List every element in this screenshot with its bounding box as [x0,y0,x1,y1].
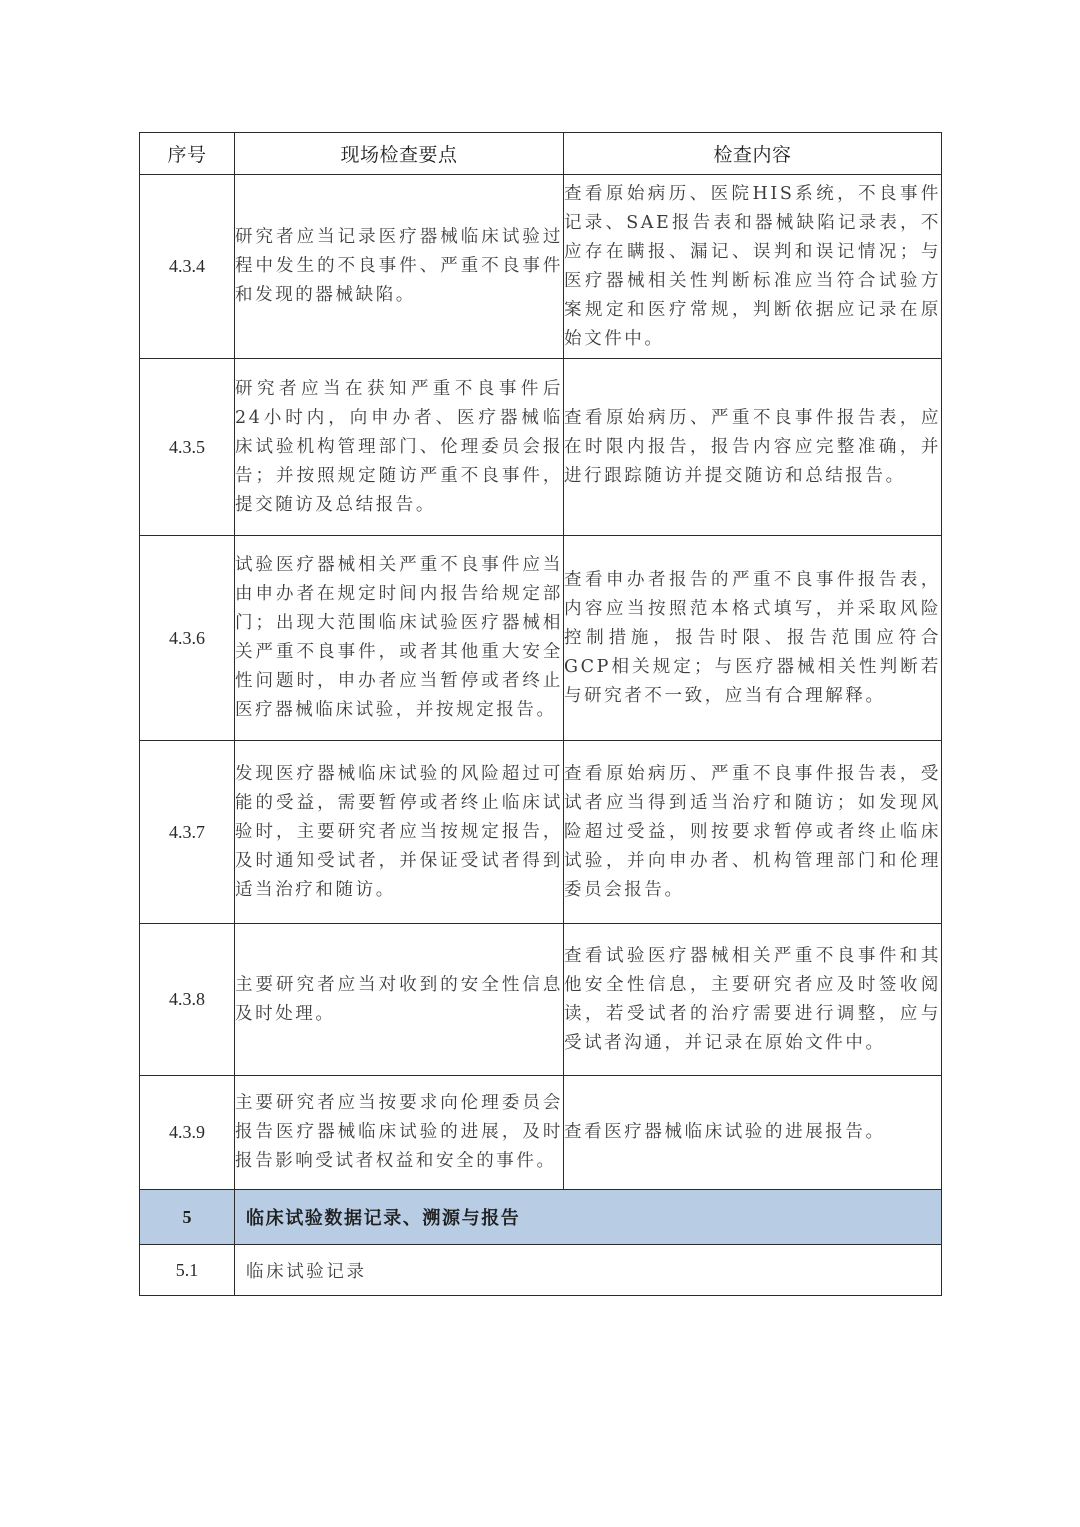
table-row: 4.3.7 发现医疗器械临床试验的风险超过可能的受益，需要暂停或者终止临床试验时… [140,741,942,924]
row-number: 4.3.5 [140,359,235,536]
inspection-point: 研究者应当记录医疗器械临床试验过程中发生的不良事件、严重不良事件和发现的器械缺陷… [235,175,564,359]
table-row: 4.3.8 主要研究者应当对收到的安全性信息及时处理。 查看试验医疗器械相关严重… [140,924,942,1076]
inspection-content: 查看医疗器械临床试验的进展报告。 [564,1076,942,1190]
subsection-title: 临床试验记录 [235,1245,942,1296]
table-row: 4.3.5 研究者应当在获知严重不良事件后24小时内，向申办者、医疗器械临床试验… [140,359,942,536]
row-number: 4.3.6 [140,536,235,741]
inspection-point: 试验医疗器械相关严重不良事件应当由申办者在规定时间内报告给规定部门；出现大范围临… [235,536,564,741]
inspection-content: 查看原始病历、严重不良事件报告表，应在时限内报告，报告内容应完整准确，并进行跟踪… [564,359,942,536]
inspection-point: 主要研究者应当对收到的安全性信息及时处理。 [235,924,564,1076]
table-row: 4.3.6 试验医疗器械相关严重不良事件应当由申办者在规定时间内报告给规定部门；… [140,536,942,741]
inspection-content: 查看原始病历、医院HIS系统，不良事件记录、SAE报告表和器械缺陷记录表，不应存… [564,175,942,359]
inspection-point: 研究者应当在获知严重不良事件后24小时内，向申办者、医疗器械临床试验机构管理部门… [235,359,564,536]
table-header-row: 序号 现场检查要点 检查内容 [140,133,942,175]
section-title: 临床试验数据记录、溯源与报告 [235,1190,942,1245]
row-number: 4.3.8 [140,924,235,1076]
subsection-number: 5.1 [140,1245,235,1296]
inspection-content: 查看申办者报告的严重不良事件报告表，内容应当按照范本格式填写，并采取风险控制措施… [564,536,942,741]
section-header-row: 5 临床试验数据记录、溯源与报告 [140,1190,942,1245]
inspection-checklist-table: 序号 现场检查要点 检查内容 4.3.4 研究者应当记录医疗器械临床试验过程中发… [139,132,942,1296]
row-number: 4.3.9 [140,1076,235,1190]
inspection-content: 查看试验医疗器械相关严重不良事件和其他安全性信息，主要研究者应及时签收阅读，若受… [564,924,942,1076]
header-serial-number: 序号 [140,133,235,175]
inspection-point: 主要研究者应当按要求向伦理委员会报告医疗器械临床试验的进展，及时报告影响受试者权… [235,1076,564,1190]
table-row: 4.3.4 研究者应当记录医疗器械临床试验过程中发生的不良事件、严重不良事件和发… [140,175,942,359]
row-number: 4.3.4 [140,175,235,359]
subsection-row: 5.1 临床试验记录 [140,1245,942,1296]
section-number: 5 [140,1190,235,1245]
table-row: 4.3.9 主要研究者应当按要求向伦理委员会报告医疗器械临床试验的进展，及时报告… [140,1076,942,1190]
header-inspection-point: 现场检查要点 [235,133,564,175]
row-number: 4.3.7 [140,741,235,924]
document-page: 序号 现场检查要点 检查内容 4.3.4 研究者应当记录医疗器械临床试验过程中发… [0,0,1080,1527]
header-inspection-content: 检查内容 [564,133,942,175]
inspection-content: 查看原始病历、严重不良事件报告表，受试者应当得到适当治疗和随访；如发现风险超过受… [564,741,942,924]
inspection-point: 发现医疗器械临床试验的风险超过可能的受益，需要暂停或者终止临床试验时，主要研究者… [235,741,564,924]
